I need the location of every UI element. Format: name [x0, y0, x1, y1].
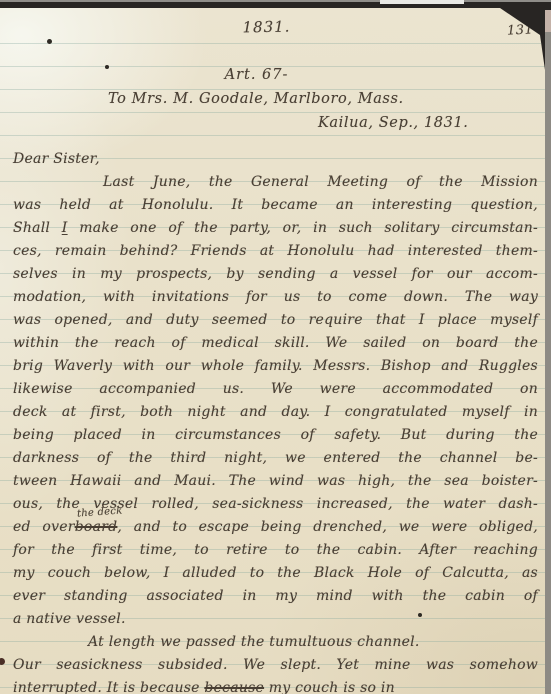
line-text: make one of the party, or, in such solit… [68, 220, 538, 236]
letter-body: Dear Sister, Last June, the General Meet… [13, 148, 538, 694]
manuscript-line: Our seasickness subsided. We slept. Yet … [13, 654, 538, 677]
manuscript-line: tween Hawaii and Maui. The wind was high… [13, 470, 538, 493]
manuscript-line: being placed in circumstances of safety.… [13, 424, 538, 447]
page-right-edge-top [545, 10, 551, 32]
line-text: ed over [13, 519, 75, 535]
ink-spot [418, 613, 422, 617]
ink-spot [105, 65, 109, 69]
line-text: , and to escape being drenched, we were … [117, 519, 538, 535]
manuscript-line: Shall I make one of the party, or, in su… [13, 217, 538, 240]
manuscript-line: was held at Honolulu. It became an inter… [13, 194, 538, 217]
manuscript-line: brig Waverly with our whole family. Mess… [13, 355, 538, 378]
correction: boardthe deck [75, 519, 118, 535]
page-number: 131 [506, 22, 533, 38]
manuscript-line: my couch below, I alluded to the Black H… [13, 562, 538, 585]
manuscript-line: interrupted. It is because because my co… [13, 677, 538, 694]
struck-word: board [75, 519, 118, 535]
manuscript-line: Last June, the General Meeting of the Mi… [13, 171, 538, 194]
salutation-line: Dear Sister, [13, 148, 538, 171]
manuscript-line: ever standing associated in my mind with… [13, 585, 538, 608]
manuscript-line: modation, with invitations for us to com… [13, 286, 538, 309]
page-right-edge [545, 10, 551, 694]
line-text: my couch is so in [264, 680, 395, 694]
struck-word: because [204, 680, 264, 694]
line-text: Shall [13, 220, 62, 236]
manuscript-line: ces, remain behind? Friends at Honolulu … [13, 240, 538, 263]
manuscript-line: darkness of the third night, we entered … [13, 447, 538, 470]
inserted-word: the deck [76, 506, 122, 519]
manuscript-line: deck at first, both night and day. I con… [13, 401, 538, 424]
address-line: To Mrs. M. Goodale, Marlboro, Mass. [108, 91, 404, 107]
manuscript-line: selves in my prospects, by sending a ves… [13, 263, 538, 286]
manuscript-line: within the reach of medical skill. We sa… [13, 332, 538, 355]
manuscript-page: 1831. 131 Art. 67- To Mrs. M. Goodale, M… [0, 8, 545, 694]
manuscript-line: At length we passed the tumultuous chann… [13, 631, 538, 654]
manuscript-line: a native vessel. [13, 608, 538, 631]
manuscript-line: ed overboardthe deck, and to escape bein… [13, 516, 538, 539]
photo-top-edge [0, 0, 551, 2]
line-text: interrupted. It is because [13, 680, 204, 694]
manuscript-line: for the first time, to retire to the cab… [13, 539, 538, 562]
ink-spot [47, 39, 52, 44]
dateline: Kailua, Sep., 1831. [318, 115, 469, 131]
article-heading: Art. 67- [0, 67, 529, 83]
photo-top-notch [380, 0, 464, 4]
manuscript-line: likewise accompanied us. We were accommo… [13, 378, 538, 401]
manuscript-line: was opened, and duty seemed to require t… [13, 309, 538, 332]
